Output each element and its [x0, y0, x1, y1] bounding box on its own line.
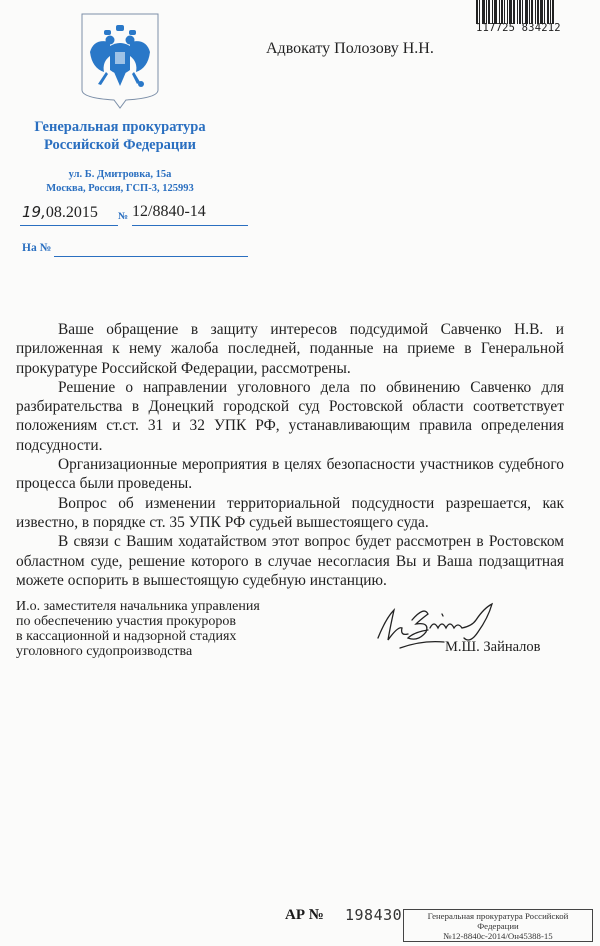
barcode: 117725 834212 [476, 0, 576, 34]
handwritten-day: 19, [22, 203, 46, 221]
signer-position: И.о. заместителя начальника управления п… [16, 599, 316, 659]
addressee: Адвокату Полозову Н.Н. [266, 40, 434, 58]
position-line: уголовного судопроизводства [16, 644, 316, 659]
barcode-digits: 117725 834212 [476, 23, 576, 34]
stamp-line: Генеральная прокуратура Российской [404, 911, 592, 921]
org-name-line-2: Российской Федерации [20, 136, 220, 154]
russian-coat-of-arms-icon [80, 12, 160, 110]
stamp-line: №12-8840с-2014/Он45388-15 [404, 931, 592, 941]
org-name-line-1: Генеральная прокуратура [20, 118, 220, 136]
reference-label: На № [22, 242, 51, 254]
ap-label: АР № [285, 907, 324, 924]
body-paragraph: Организационные мероприятия в целях безо… [16, 455, 564, 494]
body-paragraph: В связи с Вашим ходатайством этот вопрос… [16, 532, 564, 590]
registration-date-number: 19,08.2015 № 12/8840-14 [20, 203, 230, 227]
address-line-1: ул. Б. Дмитровка, 15а [20, 168, 220, 182]
body-paragraph: Решение о направлении уголовного дела по… [16, 378, 564, 455]
outgoing-number: 12/8840-14 [132, 203, 206, 221]
body-paragraph: Вопрос об изменении территориальной подс… [16, 494, 564, 533]
position-line: И.о. заместителя начальника управления [16, 599, 316, 614]
number-label: № [118, 211, 128, 222]
letter-date: 19,08.2015 [22, 203, 98, 222]
number-underline [132, 225, 248, 226]
organization-address: ул. Б. Дмитровка, 15а Москва, Россия, ГС… [20, 168, 220, 196]
position-line: по обеспечению участия прокуроров [16, 614, 316, 629]
address-line-2: Москва, Россия, ГСП-3, 125993 [20, 182, 220, 196]
registration-stamp: Генеральная прокуратура Российской Федер… [403, 909, 593, 942]
body-paragraph: Ваше обращение в защиту интересов подсуд… [16, 320, 564, 378]
barcode-icon [476, 0, 576, 24]
reference-number-line: На № [20, 240, 230, 260]
signer-name: М.Ш. Зайналов [445, 639, 541, 656]
reference-underline [54, 256, 248, 257]
organization-name: Генеральная прокуратура Российской Федер… [20, 118, 220, 154]
printed-date: 08.2015 [46, 204, 98, 221]
letter-body: Ваше обращение в защиту интересов подсуд… [16, 320, 564, 590]
position-line: в кассационной и надзорной стадиях [16, 629, 316, 644]
letter-page: Генеральная прокуратура Российской Федер… [0, 0, 600, 946]
stamp-line: Федерации [404, 921, 592, 931]
ap-number: 198430 [345, 906, 402, 924]
date-underline [20, 225, 118, 226]
